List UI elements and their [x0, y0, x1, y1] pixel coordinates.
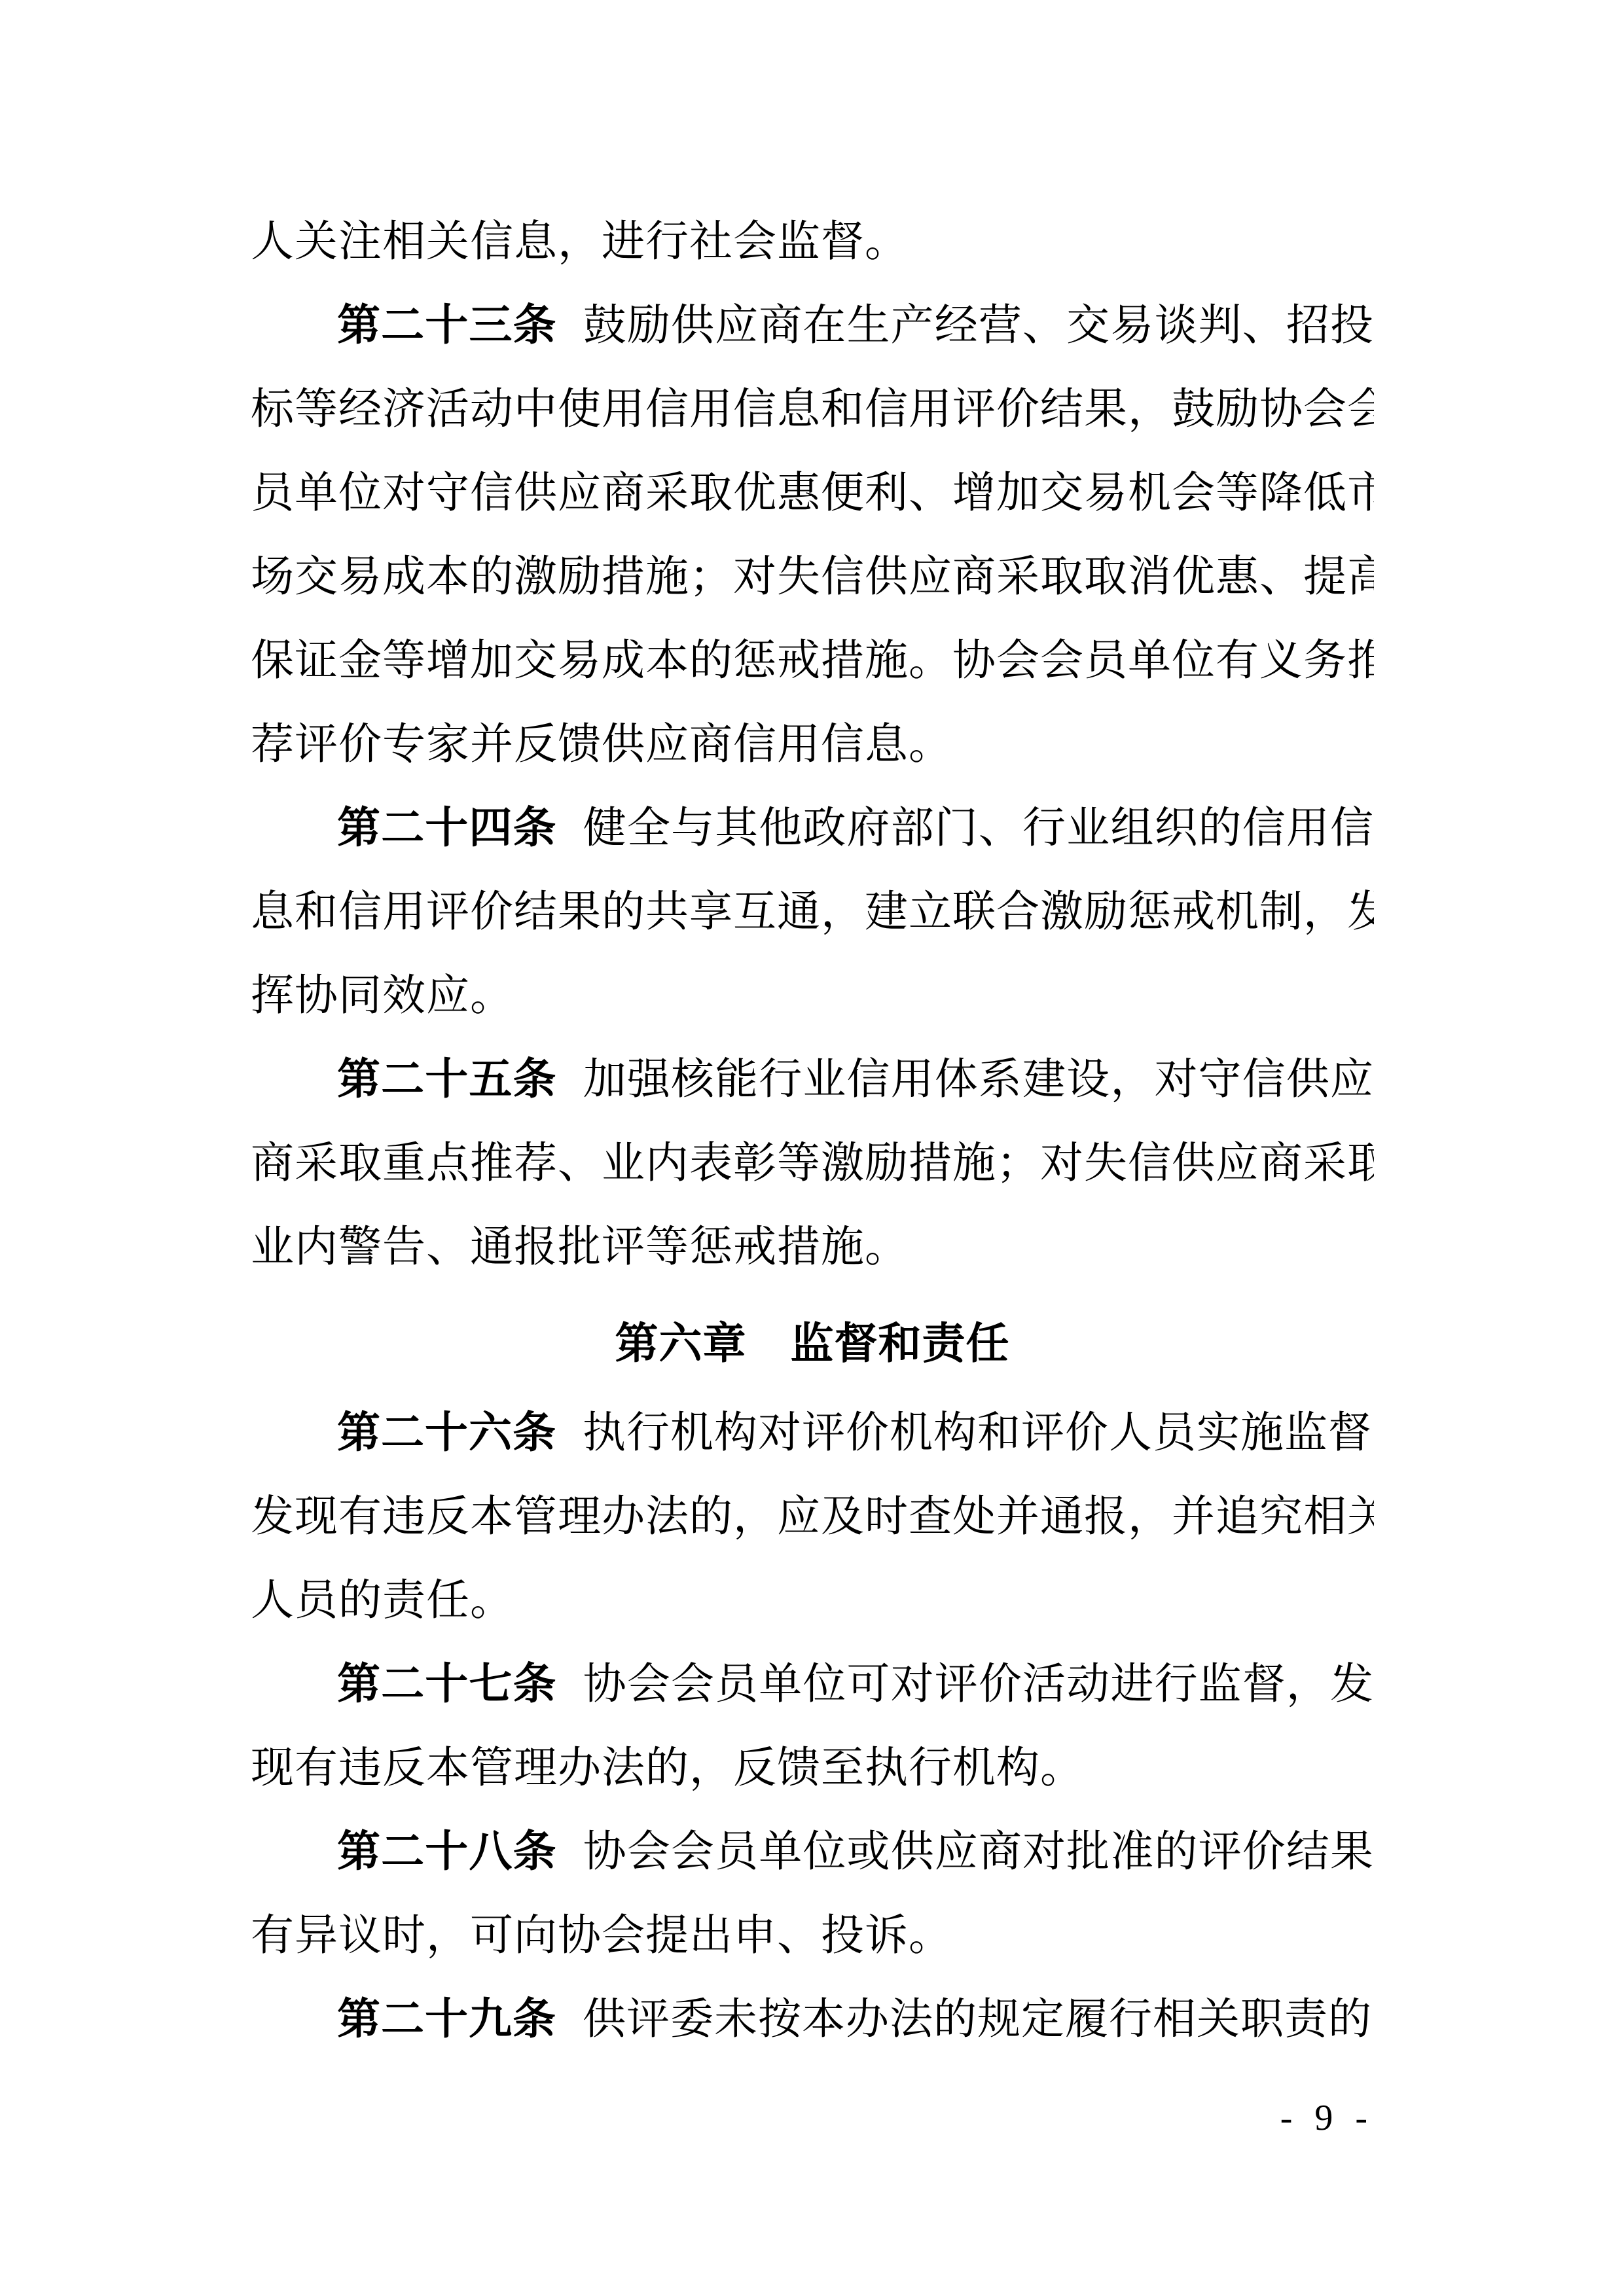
text-line: 荐评价专家并反馈供应商信用信息。 — [251, 703, 1374, 787]
text-line: 人关注相关信息，进行社会监督。 — [251, 200, 1374, 284]
article-text: 加强核能行业信用体系建设，对守信供应 — [583, 1056, 1374, 1103]
text-line: 有异议时，可向协会提出申、投诉。 — [251, 1894, 1374, 1978]
text-line: 第二十八条协会会员单位或供应商对批准的评价结果 — [251, 1810, 1374, 1894]
text-line: 第二十九条供评委未按本办法的规定履行相关职责的， — [251, 1978, 1374, 2062]
text-line: 第二十五条加强核能行业信用体系建设，对守信供应 — [251, 1038, 1374, 1122]
article-number: 第二十七条 — [337, 1660, 557, 1708]
text-line: 场交易成本的激励措施；对失信供应商采取取消优惠、提高 — [251, 535, 1374, 619]
article-number: 第二十六条 — [337, 1409, 556, 1457]
chapter-heading: 第六章 监督和责任 — [251, 1302, 1374, 1386]
article-number: 第二十八条 — [337, 1828, 557, 1876]
text-line: 人员的责任。 — [251, 1559, 1374, 1643]
text-line: 业内警告、通报批评等惩戒措施。 — [251, 1206, 1374, 1289]
page-number: - 9 - — [251, 2092, 1374, 2144]
text-line: 息和信用评价结果的共享互通，建立联合激励惩戒机制，发 — [251, 870, 1374, 954]
article-text: 供评委未按本办法的规定履行相关职责的， — [583, 1996, 1374, 2043]
document-page: 人关注相关信息，进行社会监督。第二十三条鼓励供应商在生产经营、交易谈判、招投标等… — [0, 0, 1624, 2296]
text-line: 员单位对守信供应商采取优惠便利、增加交易机会等降低市 — [251, 452, 1374, 535]
text-line: 第二十七条协会会员单位可对评价活动进行监督，发 — [251, 1643, 1374, 1727]
text-line: 发现有违反本管理办法的，应及时查处并通报，并追究相关 — [251, 1475, 1374, 1559]
article-text: 协会会员单位或供应商对批准的评价结果 — [583, 1828, 1374, 1876]
text-line: 第二十三条鼓励供应商在生产经营、交易谈判、招投 — [251, 284, 1374, 368]
article-text: 鼓励供应商在生产经营、交易谈判、招投 — [583, 302, 1374, 350]
text-line: 商采取重点推荐、业内表彰等激励措施；对失信供应商采取 — [251, 1122, 1374, 1206]
text-line: 保证金等增加交易成本的惩戒措施。协会会员单位有义务推 — [251, 619, 1374, 703]
article-number: 第二十五条 — [337, 1056, 557, 1103]
article-text: 协会会员单位可对评价活动进行监督，发 — [583, 1660, 1374, 1708]
text-line: 标等经济活动中使用信用信息和信用评价结果，鼓励协会会 — [251, 368, 1374, 452]
article-text: 执行机构对评价机构和评价人员实施监督， — [583, 1409, 1374, 1457]
text-line: 挥协同效应。 — [251, 954, 1374, 1038]
text-line: 第二十六条执行机构对评价机构和评价人员实施监督， — [251, 1391, 1374, 1475]
article-text: 健全与其他政府部门、行业组织的信用信 — [583, 804, 1374, 852]
document-body: 人关注相关信息，进行社会监督。第二十三条鼓励供应商在生产经营、交易谈判、招投标等… — [251, 200, 1374, 2062]
text-line: 第二十四条健全与其他政府部门、行业组织的信用信 — [251, 787, 1374, 870]
text-line: 现有违反本管理办法的，反馈至执行机构。 — [251, 1727, 1374, 1810]
article-number: 第二十三条 — [337, 302, 557, 350]
article-number: 第二十四条 — [337, 804, 557, 852]
article-number: 第二十九条 — [337, 1996, 556, 2043]
